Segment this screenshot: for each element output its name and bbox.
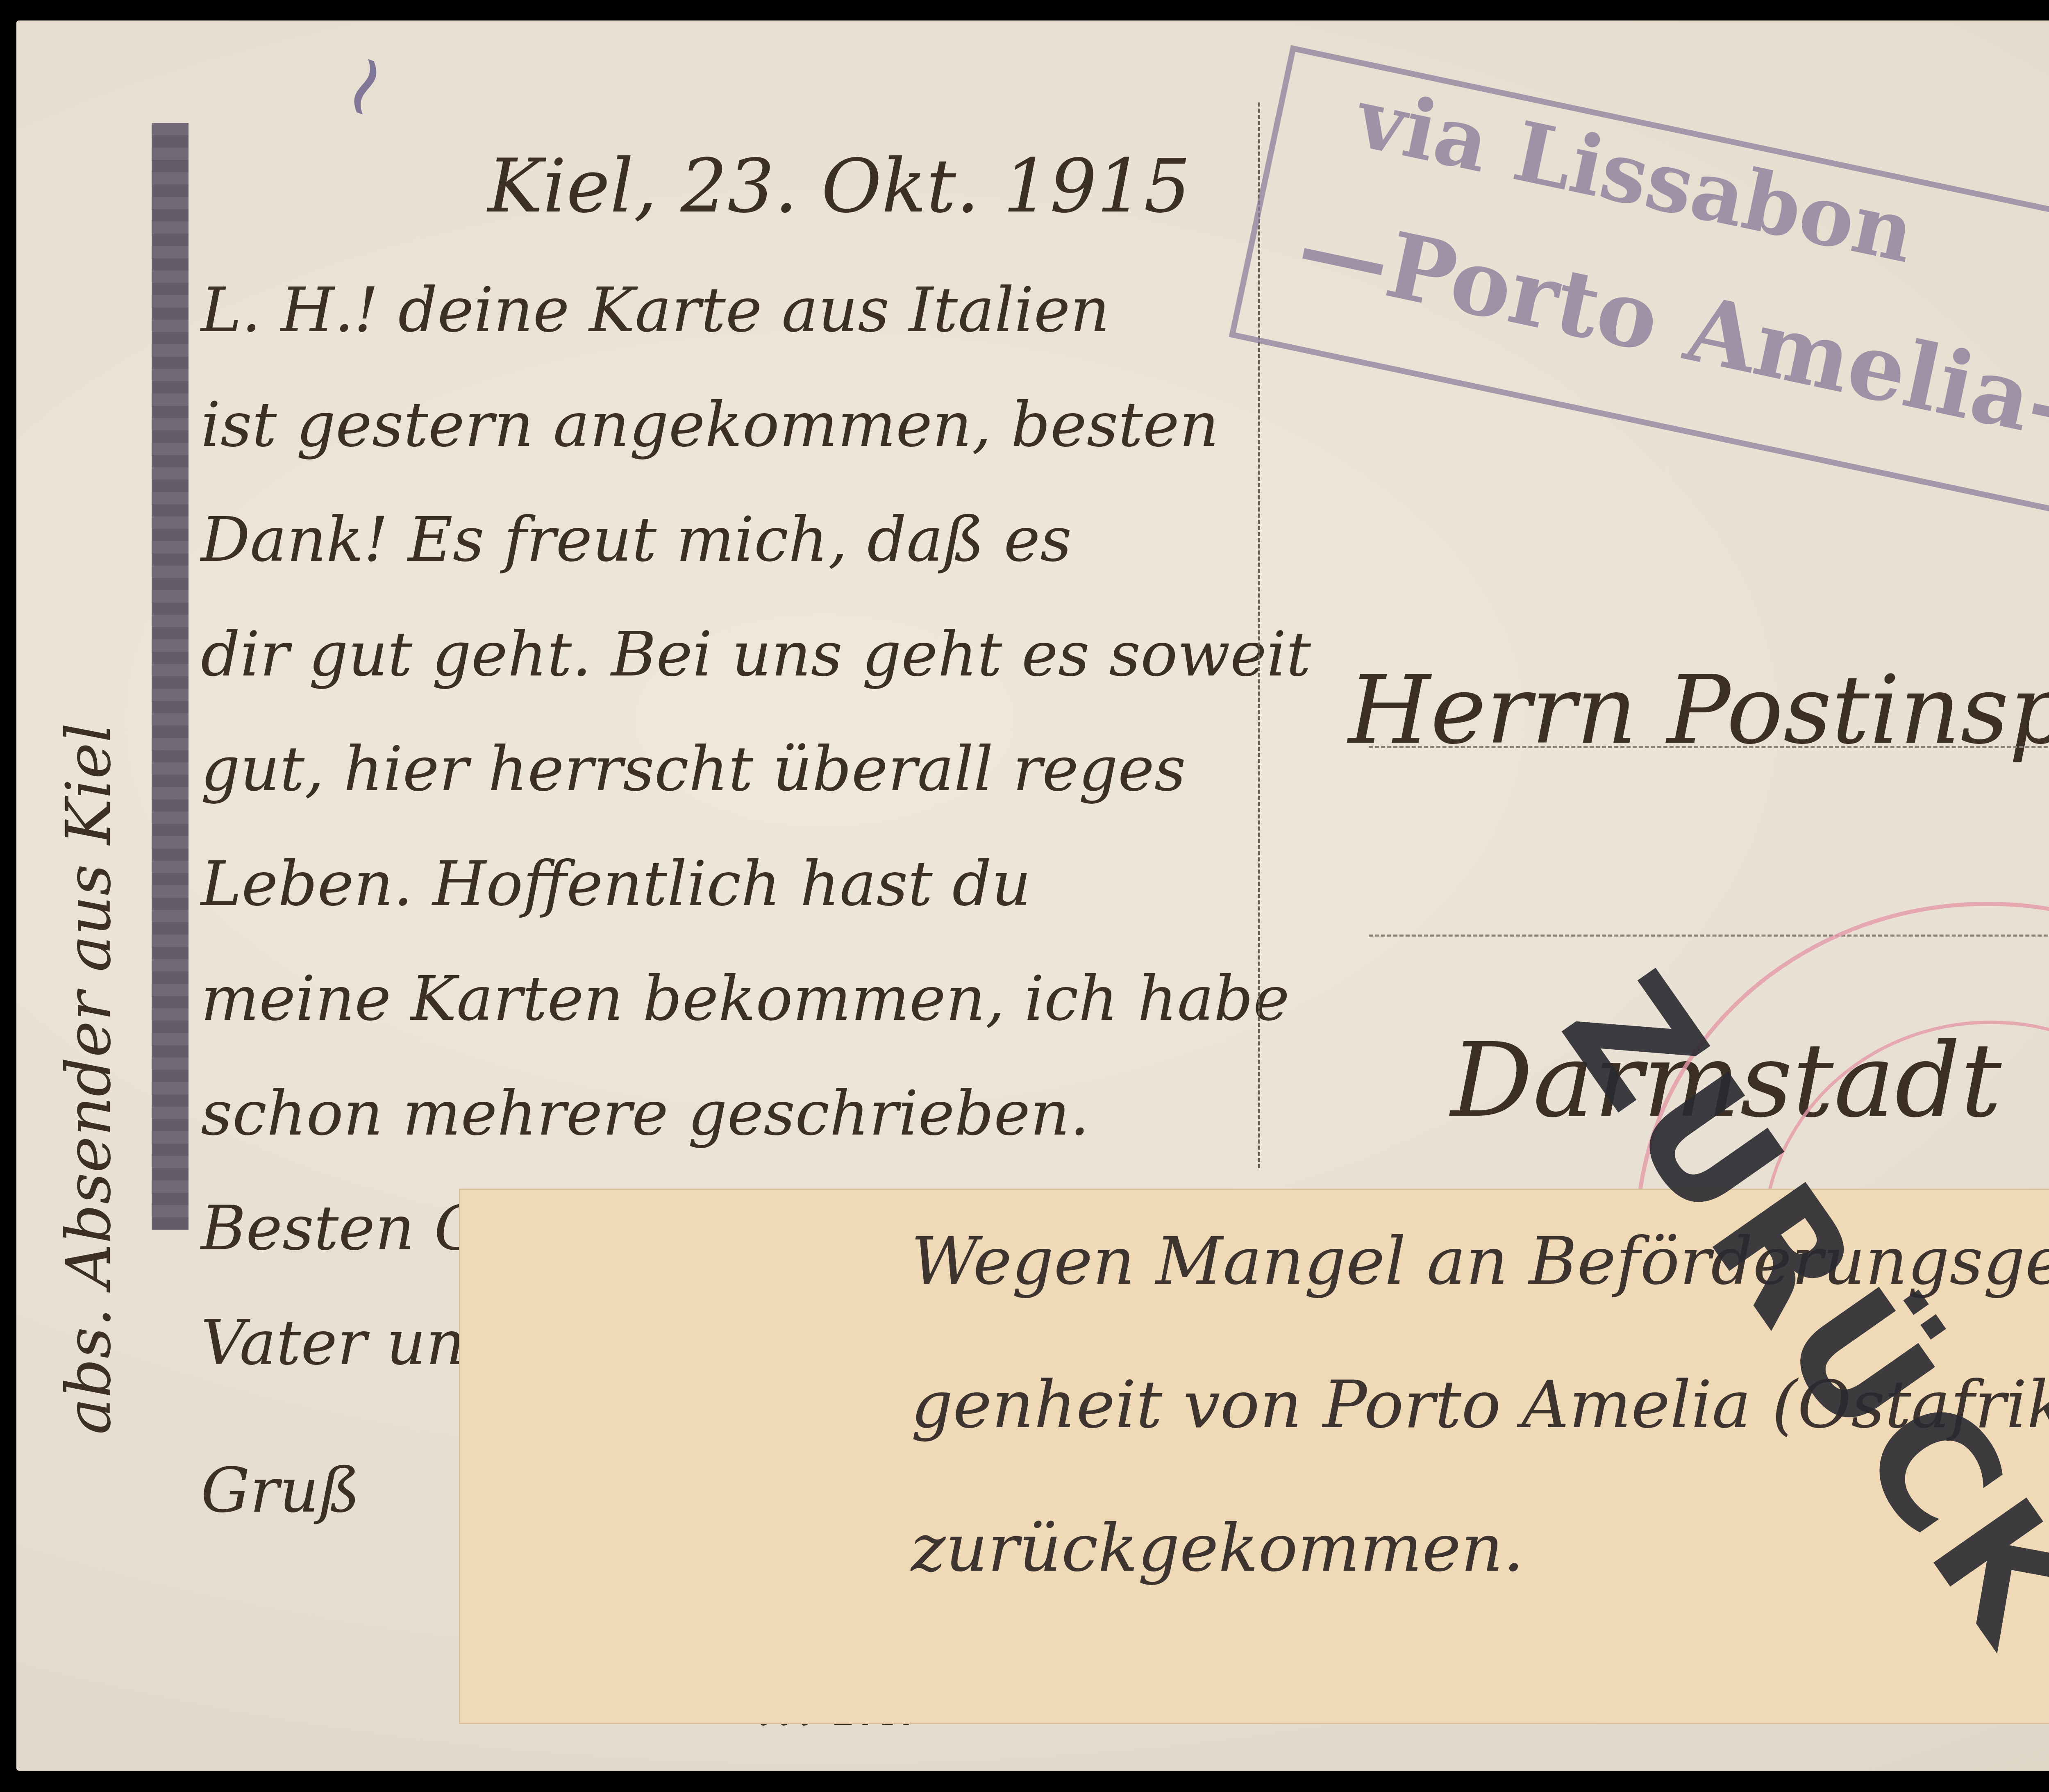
message-line: gut, hier herrscht überall reges: [201, 734, 1186, 805]
pencil-annotation: ~: [303, 35, 422, 137]
postcard: abs. Absender aus Kiel ~ Kiel, 23. Okt. …: [16, 20, 2049, 1771]
message-line: meine Karten bekommen, ich habe: [201, 963, 1290, 1035]
message-line: dir gut geht. Bei uns geht es soweit: [201, 619, 1311, 690]
message-line: L. H.! deine Karte aus Italien: [201, 275, 1110, 346]
message-line: Gruß: [201, 1455, 360, 1526]
ink-bar: [152, 123, 189, 1230]
label-line: zurückgekommen.: [911, 1510, 1524, 1586]
message-line: schon mehrere geschrieben.: [201, 1078, 1089, 1149]
dateline: Kiel, 23. Okt. 1915: [488, 143, 1191, 229]
recipient-title: Herrn Postinspektor: [1348, 656, 2049, 765]
message-line: Dank! Es freut mich, daß es: [201, 504, 1072, 575]
message-line: Leben. Hoffentlich hast du: [201, 848, 1031, 920]
message-line: ist gestern angekommen, besten: [201, 389, 1219, 461]
margin-note: abs. Absender aus Kiel: [53, 723, 125, 1435]
address-line: [1369, 746, 2049, 748]
